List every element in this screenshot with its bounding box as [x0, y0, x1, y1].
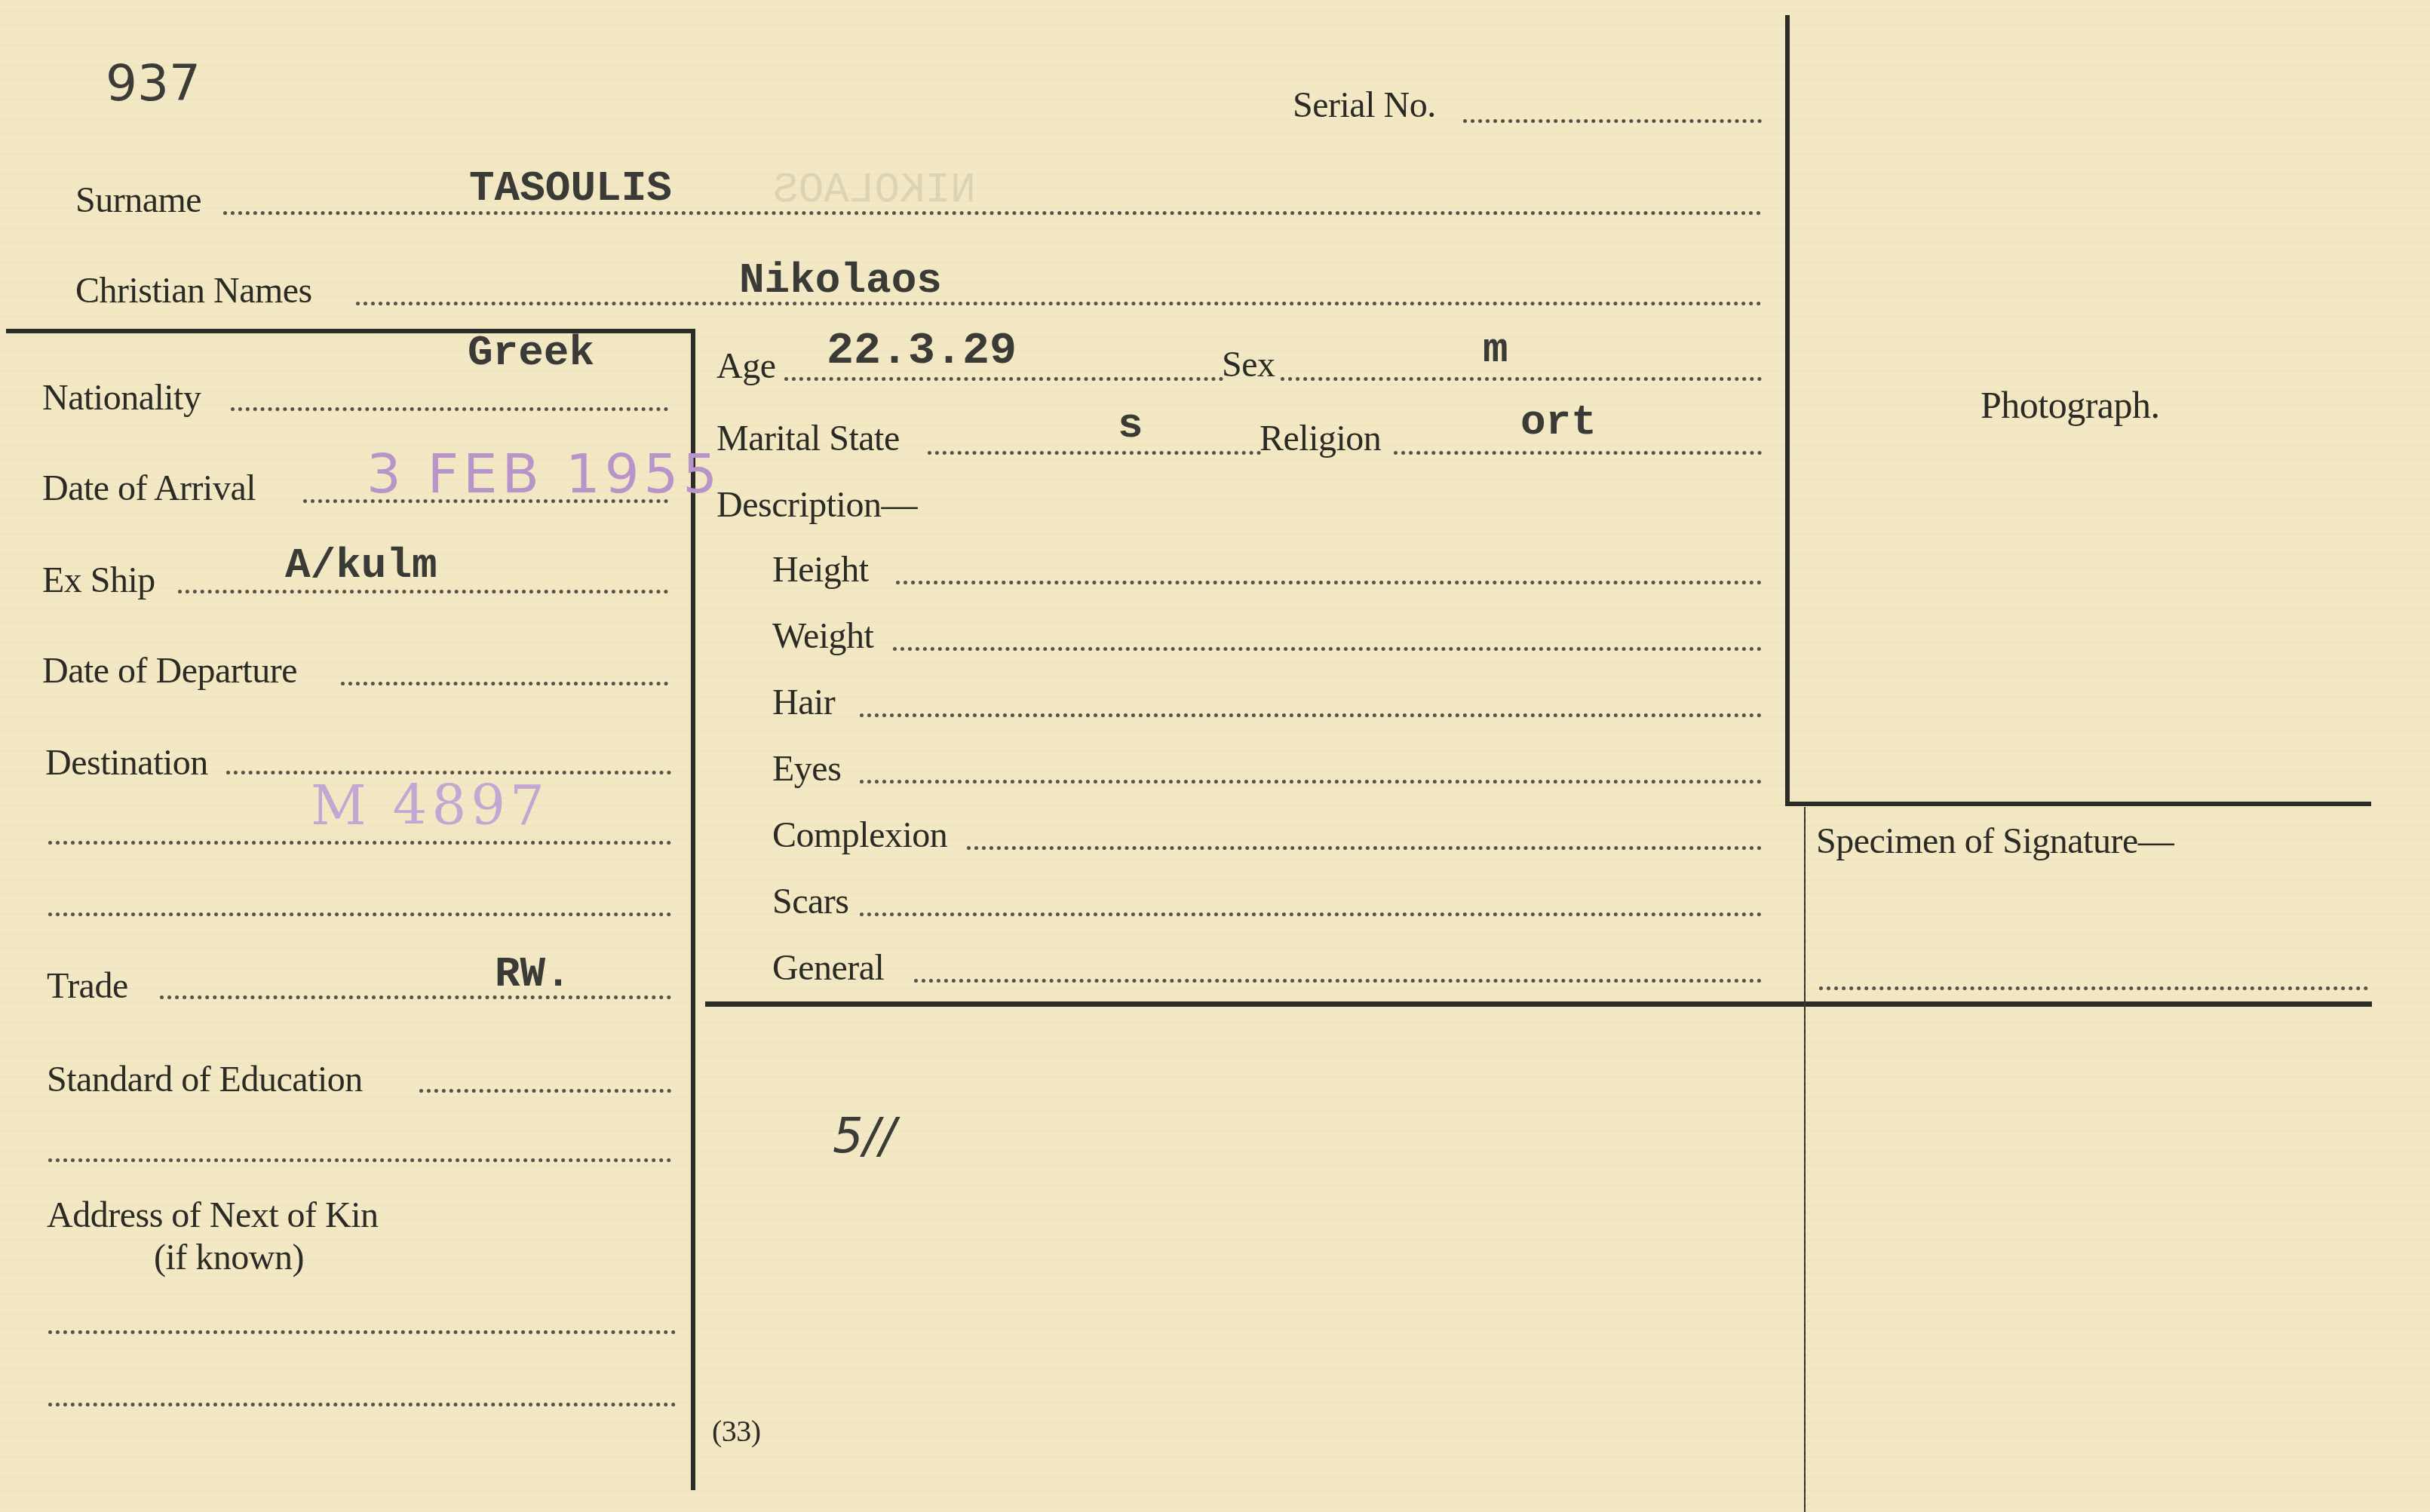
photograph-area: Photograph.	[1981, 383, 2160, 427]
surname-label: Surname	[75, 179, 201, 221]
age-field[interactable]	[784, 377, 1223, 381]
destination-field-3[interactable]	[48, 912, 671, 916]
serial-no-field[interactable]	[1463, 119, 1762, 123]
description-bottom-rule	[705, 1001, 2372, 1007]
trade-value: RW.	[495, 950, 571, 998]
description-heading: Description—	[716, 484, 917, 526]
standard-of-education-field-2[interactable]	[48, 1158, 671, 1162]
nationality-field[interactable]	[231, 407, 668, 411]
eyes-label: Eyes	[772, 748, 841, 790]
signature-field[interactable]	[1819, 986, 2368, 990]
form-code: (33)	[712, 1413, 761, 1449]
date-of-arrival-label: Date of Arrival	[42, 468, 256, 509]
next-of-kin-label: Address of Next of Kin	[47, 1195, 379, 1236]
christian-names-field[interactable]	[356, 302, 1762, 305]
sex-value: m	[1483, 326, 1508, 374]
height-field[interactable]	[896, 581, 1762, 584]
photo-box-left-rule	[1785, 15, 1790, 805]
next-of-kin-field-2[interactable]	[48, 1403, 676, 1406]
nationality-value: Greek	[468, 329, 594, 377]
annotation-mark: 5//	[833, 1109, 896, 1164]
marital-state-label: Marital State	[716, 418, 900, 459]
date-of-departure-field[interactable]	[341, 682, 668, 685]
destination-stamp: M 4897	[311, 774, 549, 837]
date-of-arrival-stamp: 3 FEB 1955	[367, 442, 722, 505]
age-value: 22.3.29	[827, 326, 1017, 377]
card-number: 937	[106, 54, 201, 112]
signature-label: Specimen of Signature—	[1816, 820, 2174, 862]
surname-field[interactable]	[223, 211, 1762, 215]
registration-card: 937 Serial No. Surname TASOULIS NIKOLAOS…	[0, 0, 2430, 1512]
next-of-kin-field-1[interactable]	[48, 1330, 676, 1334]
age-label: Age	[716, 345, 775, 387]
hair-field[interactable]	[860, 713, 1762, 717]
date-of-departure-label: Date of Departure	[42, 650, 297, 692]
general-label: General	[772, 947, 884, 989]
signature-fold-line	[1804, 807, 1806, 1512]
religion-label: Religion	[1259, 418, 1381, 459]
christian-names-value: Nikolaos	[739, 256, 942, 305]
scars-label: Scars	[772, 881, 848, 922]
religion-value: ort	[1520, 398, 1597, 446]
surname-value: TASOULIS	[469, 164, 672, 213]
photo-box-bottom-rule	[1785, 802, 2371, 806]
sex-label: Sex	[1222, 344, 1275, 385]
serial-no-label: Serial No.	[1293, 84, 1436, 126]
religion-field[interactable]	[1394, 451, 1762, 455]
weight-label: Weight	[772, 615, 873, 657]
ex-ship-label: Ex Ship	[42, 560, 155, 601]
sex-field[interactable]	[1281, 377, 1762, 381]
general-field[interactable]	[914, 979, 1762, 983]
surname-ghost-text: NIKOLAOS	[773, 166, 976, 214]
ex-ship-field[interactable]	[178, 590, 668, 593]
height-label: Height	[772, 549, 869, 590]
next-of-kin-sublabel: (if known)	[154, 1237, 304, 1278]
complexion-label: Complexion	[772, 814, 947, 856]
standard-of-education-label: Standard of Education	[47, 1059, 363, 1100]
trade-field[interactable]	[160, 995, 671, 999]
eyes-field[interactable]	[860, 780, 1762, 784]
nationality-label: Nationality	[42, 377, 201, 419]
destination-field-2[interactable]	[48, 841, 671, 845]
christian-names-label: Christian Names	[75, 270, 312, 311]
ex-ship-value: A/kulm	[285, 541, 437, 590]
weight-field[interactable]	[893, 647, 1762, 651]
trade-label: Trade	[47, 965, 128, 1007]
destination-label: Destination	[45, 742, 208, 784]
complexion-field[interactable]	[967, 846, 1762, 850]
hair-label: Hair	[772, 682, 835, 723]
scars-field[interactable]	[860, 912, 1762, 916]
marital-state-field[interactable]	[928, 451, 1261, 455]
marital-state-value: s	[1118, 401, 1143, 449]
standard-of-education-field-1[interactable]	[419, 1089, 671, 1093]
